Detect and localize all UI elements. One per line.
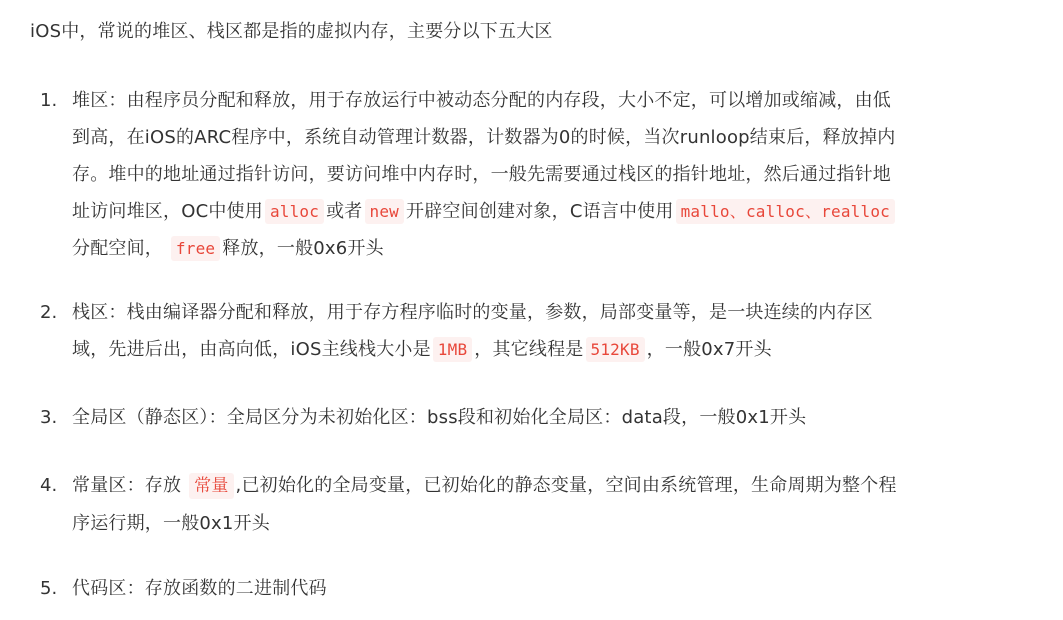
list-number: 2. <box>40 294 70 331</box>
list-number: 1. <box>40 82 70 119</box>
heap-line-1: 堆区：由程序员分配和释放，用于存放运行中被动态分配的内存段，大小不定，可以增加或… <box>72 82 1062 119</box>
inline-code-new: new <box>365 199 405 224</box>
inline-code-alloc: alloc <box>265 199 324 224</box>
text: 址访问堆区，OC中使用 <box>72 201 263 222</box>
text: 域，先进后出，由高向低，iOS主线栈大小是 <box>72 339 431 360</box>
text: ，其它线程是 <box>474 339 583 360</box>
code-description: 代码区：存放函数的二进制代码 <box>72 570 1062 607</box>
heap-line-5: 分配空间， free释放，一般0x6开头 <box>72 230 1062 267</box>
constant-line-2: 序运行期，一般0x1开头 <box>72 505 1062 542</box>
list-number: 3. <box>40 399 70 436</box>
inline-code-1mb: 1MB <box>433 337 473 362</box>
text: 常量区：存放 <box>72 475 181 496</box>
text: ，一般0x7开头 <box>647 339 772 360</box>
stack-line-1: 栈区：栈由编译器分配和释放，用于存方程序临时的变量，参数，局部变量等，是一块连续… <box>72 294 1062 331</box>
inline-code-malloc: mallo、calloc、realloc <box>676 199 895 224</box>
heap-description: 堆区：由程序员分配和释放，用于存放运行中被动态分配的内存段，大小不定，可以增加或… <box>72 82 1062 267</box>
stack-description: 栈区：栈由编译器分配和释放，用于存方程序临时的变量，参数，局部变量等，是一块连续… <box>72 294 1062 368</box>
intro-paragraph: iOS中，常说的堆区、栈区都是指的虚拟内存，主要分以下五大区 <box>30 19 553 45</box>
constant-line-1: 常量区：存放 常量,已初始化的全局变量，已初始化的静态变量，空间由系统管理，生命… <box>72 467 1062 505</box>
code-line-1: 代码区：存放函数的二进制代码 <box>72 570 1062 607</box>
text: 或者 <box>326 201 362 222</box>
text: 释放，一般0x6开头 <box>222 238 384 259</box>
heap-line-4: 址访问堆区，OC中使用alloc或者new开辟空间创建对象，C语言中使用mall… <box>72 193 1062 230</box>
list-number: 4. <box>40 467 70 504</box>
inline-code-512kb: 512KB <box>586 337 645 362</box>
inline-code-constant: 常量 <box>189 473 233 499</box>
global-line-1: 全局区（静态区）：全局区分为未初始化区：bss段和初始化全局区：data段，一般… <box>72 399 1062 436</box>
text: 开辟空间创建对象，C语言中使用 <box>406 201 674 222</box>
text: ,已初始化的全局变量，已初始化的静态变量，空间由系统管理，生命周期为整个程 <box>236 475 897 496</box>
text: 分配空间， <box>72 238 163 259</box>
constant-description: 常量区：存放 常量,已初始化的全局变量，已初始化的静态变量，空间由系统管理，生命… <box>72 467 1062 542</box>
stack-line-2: 域，先进后出，由高向低，iOS主线栈大小是1MB，其它线程是512KB，一般0x… <box>72 331 1062 368</box>
global-description: 全局区（静态区）：全局区分为未初始化区：bss段和初始化全局区：data段，一般… <box>72 399 1062 436</box>
heap-line-3: 存。堆中的地址通过指针访问，要访问堆中内存时，一般先需要通过栈区的指针地址，然后… <box>72 156 1062 193</box>
list-number: 5. <box>40 570 70 607</box>
document-page: iOS中，常说的堆区、栈区都是指的虚拟内存，主要分以下五大区 1. 堆区：由程序… <box>0 0 1063 620</box>
heap-line-2: 到高，在iOS的ARC程序中，系统自动管理计数器，计数器为0的时候，当次runl… <box>72 119 1062 156</box>
inline-code-free: free <box>171 236 220 261</box>
